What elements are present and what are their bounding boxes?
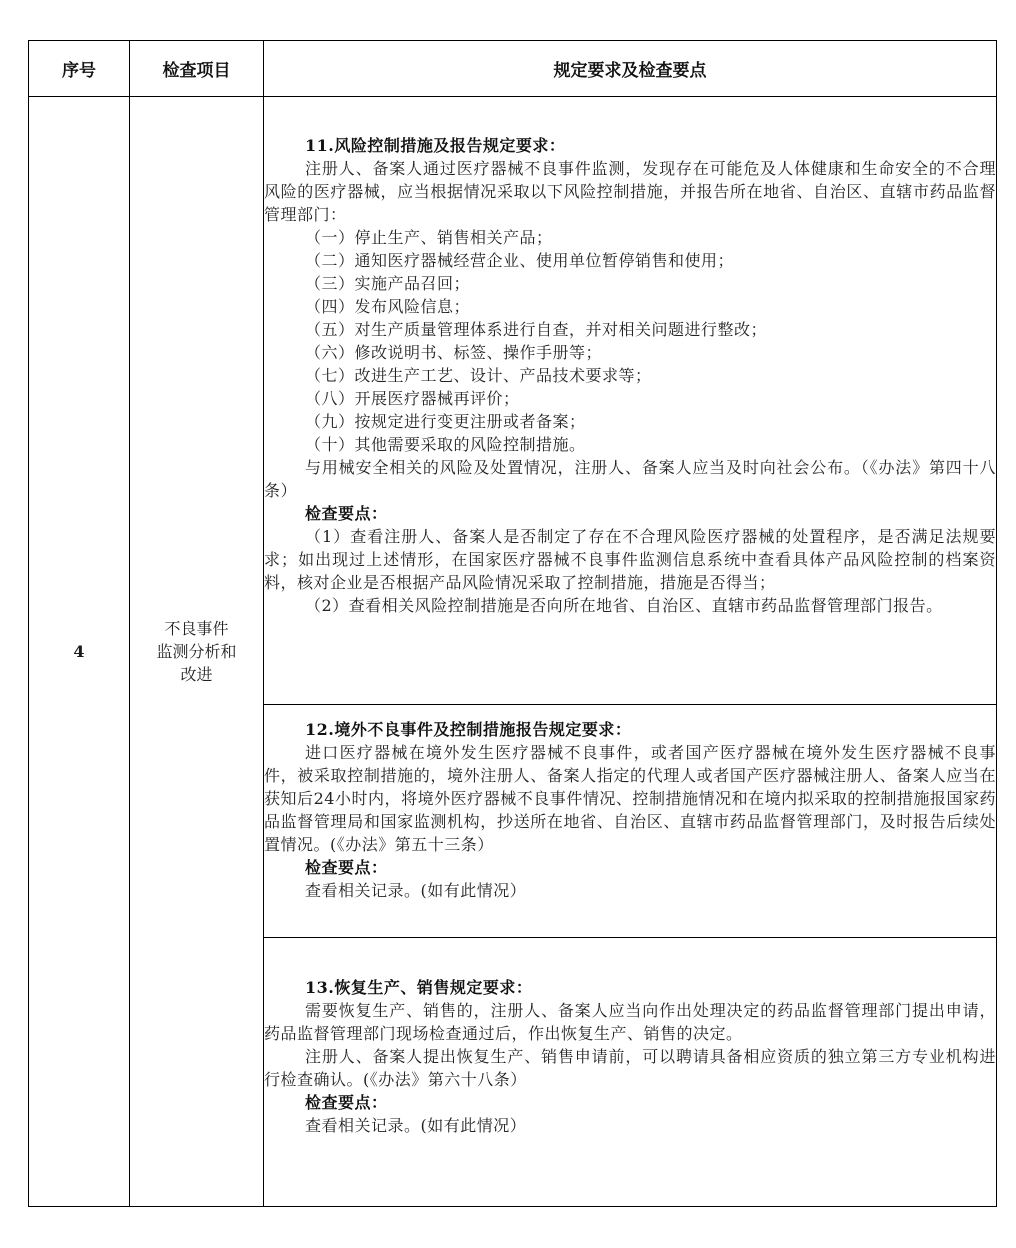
- key-points-label: 检查要点：: [264, 502, 996, 525]
- requirement-cell-12: 12.境外不良事件及控制措施报告规定要求： 进口医疗器械在境外发生医疗器械不良事…: [264, 705, 997, 938]
- key-point-item: （1）查看注册人、备案人是否制定了存在不合理风险医疗器械的处置程序，是否满足法规…: [264, 525, 996, 594]
- section-12: 12.境外不良事件及控制措施报告规定要求： 进口医疗器械在境外发生医疗器械不良事…: [264, 705, 996, 937]
- measure-item: （六）修改说明书、标签、操作手册等；: [264, 341, 996, 364]
- measure-item: （四）发布风险信息；: [264, 295, 996, 318]
- table-row: 4 不良事件 监测分析和 改进 11.风险控制措施及报告规定要求： 注册人、备案…: [29, 97, 997, 705]
- section-paragraph: 注册人、备案人提出恢复生产、销售申请前，可以聘请具备相应资质的独立第三方专业机构…: [264, 1045, 996, 1091]
- measure-item: （五）对生产质量管理体系进行自查，并对相关问题进行整改；: [264, 318, 996, 341]
- inspection-item-cell: 不良事件 监测分析和 改进: [130, 97, 264, 1207]
- section-intro: 注册人、备案人通过医疗器械不良事件监测，发现存在可能危及人体健康和生命安全的不合…: [264, 157, 996, 226]
- key-point-text: 查看相关记录。(如有此情况）: [264, 879, 996, 902]
- item-line: 不良事件: [130, 617, 263, 640]
- section-closing: 与用械安全相关的风险及处置情况，注册人、备案人应当及时向社会公布。（《办法》第四…: [264, 456, 996, 502]
- header-serial-number: 序号: [29, 41, 130, 97]
- section-title: 12.境外不良事件及控制措施报告规定要求：: [264, 718, 996, 741]
- measure-item: （三）实施产品召回；: [264, 272, 996, 295]
- measure-item: （八）开展医疗器械再评价；: [264, 387, 996, 410]
- table-header-row: 序号 检查项目 规定要求及检查要点: [29, 41, 997, 97]
- key-point-item: （2）查看相关风险控制措施是否向所在地省、自治区、直辖市药品监督管理部门报告。: [264, 594, 996, 617]
- section-intro: 需要恢复生产、销售的，注册人、备案人应当向作出处理决定的药品监督管理部门提出申请…: [264, 999, 996, 1045]
- serial-number-cell: 4: [29, 97, 130, 1207]
- requirement-cell-11: 11.风险控制措施及报告规定要求： 注册人、备案人通过医疗器械不良事件监测，发现…: [264, 97, 997, 705]
- section-title: 11.风险控制措施及报告规定要求：: [264, 134, 996, 157]
- section-13: 13.恢复生产、销售规定要求： 需要恢复生产、销售的，注册人、备案人应当向作出处…: [264, 938, 996, 1206]
- measure-item: （七）改进生产工艺、设计、产品技术要求等；: [264, 364, 996, 387]
- header-requirements: 规定要求及检查要点: [264, 41, 997, 97]
- section-11: 11.风险控制措施及报告规定要求： 注册人、备案人通过医疗器械不良事件监测，发现…: [264, 97, 996, 704]
- item-line: 改进: [130, 663, 263, 686]
- section-title: 13.恢复生产、销售规定要求：: [264, 976, 996, 999]
- header-inspection-item: 检查项目: [130, 41, 264, 97]
- measure-item: （九）按规定进行变更注册或者备案；: [264, 410, 996, 433]
- key-points-label: 检查要点：: [264, 856, 996, 879]
- measure-item: （二）通知医疗器械经营企业、使用单位暂停销售和使用；: [264, 249, 996, 272]
- section-intro: 进口医疗器械在境外发生医疗器械不良事件，或者国产医疗器械在境外发生医疗器械不良事…: [264, 741, 996, 856]
- requirement-cell-13: 13.恢复生产、销售规定要求： 需要恢复生产、销售的，注册人、备案人应当向作出处…: [264, 938, 997, 1207]
- measure-item: （十）其他需要采取的风险控制措施。: [264, 433, 996, 456]
- inspection-table: 序号 检查项目 规定要求及检查要点 4 不良事件 监测分析和 改进 11.风险控…: [28, 40, 997, 1207]
- item-line: 监测分析和: [130, 640, 263, 663]
- key-point-text: 查看相关记录。(如有此情况）: [264, 1114, 996, 1137]
- key-points-label: 检查要点：: [264, 1091, 996, 1114]
- measure-item: （一）停止生产、销售相关产品；: [264, 226, 996, 249]
